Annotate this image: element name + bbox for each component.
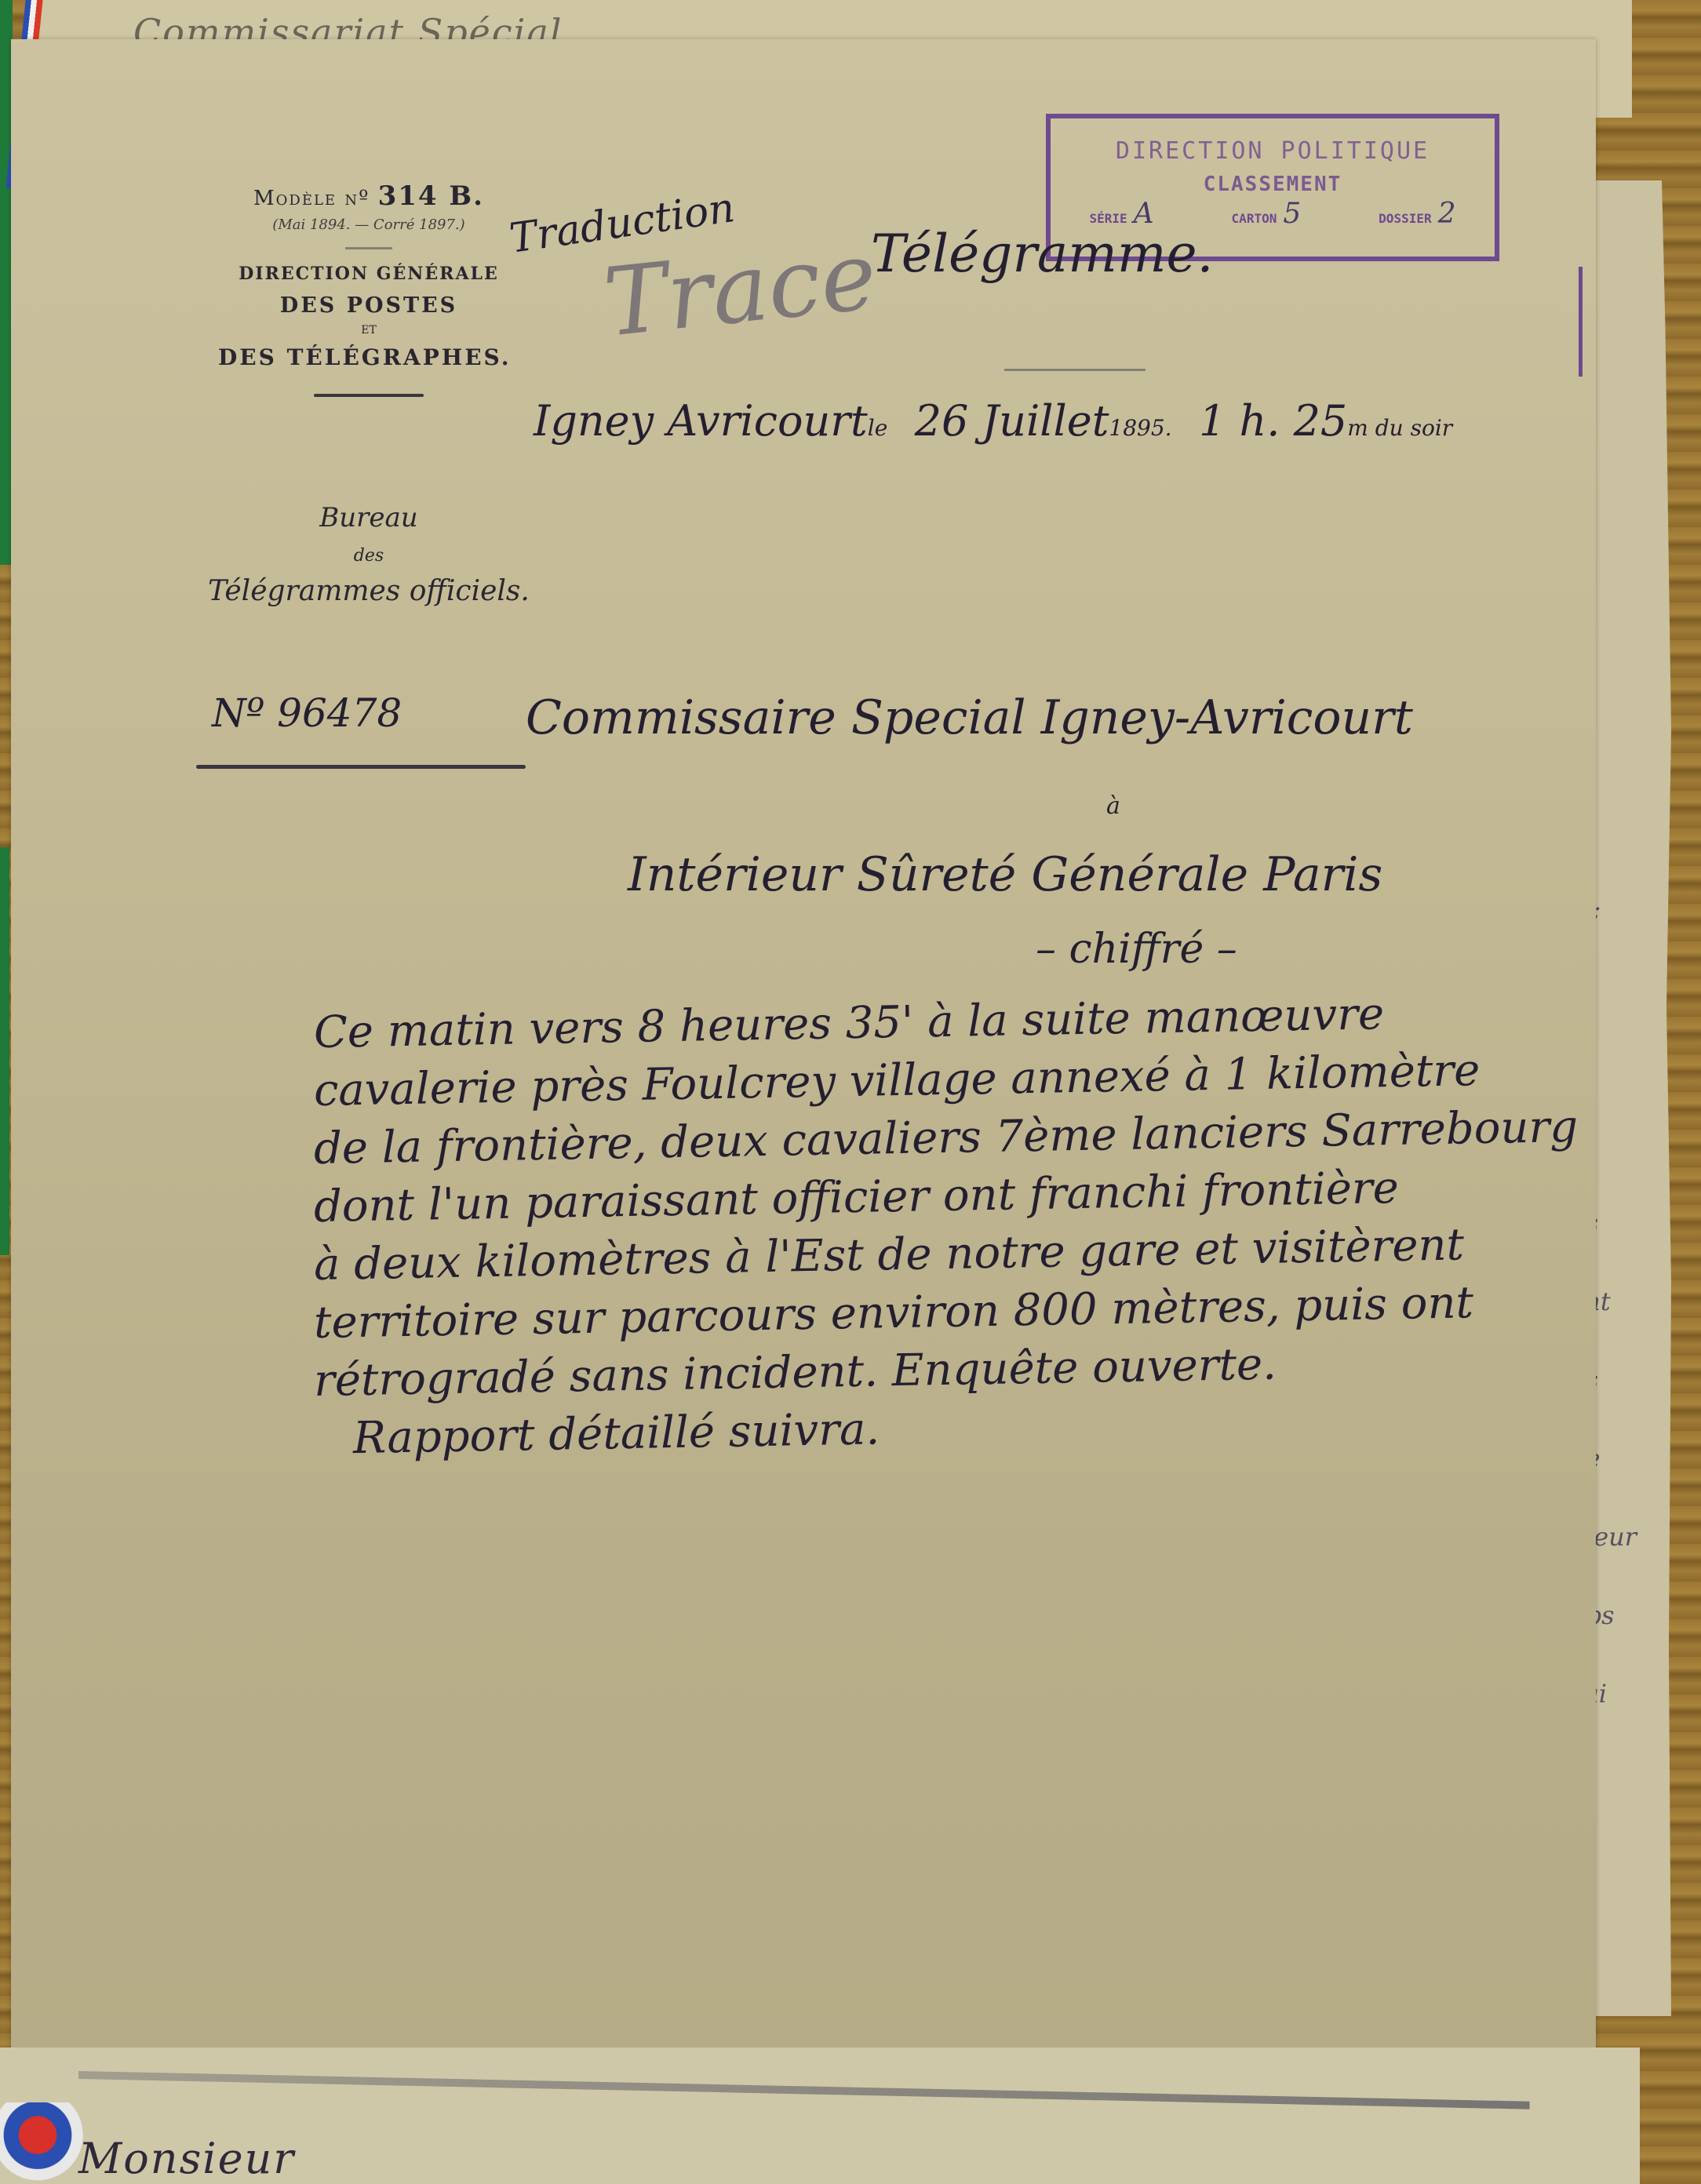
chiffre-label: – chiffré – [1036,926,1237,973]
number-underline [196,765,526,769]
sender: Commissaire Special Igney-Avricourt [526,690,1413,745]
origin-date: 26 Juillet [915,396,1109,446]
header-rule [345,247,392,249]
header-rule-lower [314,394,424,397]
modele-number: 314 B. [378,180,484,212]
bottom-sheet-word: Monsieur [78,2134,295,2183]
telegram-title: Télégramme. [871,224,1213,284]
bureau-line1: Bureau [204,502,534,533]
a-label: à [1106,792,1120,820]
telegram-number: Nº 96478 [212,690,402,736]
stamp-direction-politique: DIRECTION POLITIQUE [1051,137,1495,165]
modele-label: Modèle nº [253,187,370,210]
stamp-margin-line [1579,267,1583,377]
et-label: ET [204,324,534,337]
direction-generale: DIRECTION GÉNÉRALE [204,264,534,284]
origin-year: 1895. [1109,415,1171,441]
origin-place: Igney Avricourt [534,396,868,446]
bureau-block: Bureau des Télégrammes officiels. [204,502,534,607]
des-telegraphes: DES TÉLÉGRAPHES. [218,344,534,370]
bureau-line3: Télégrammes officiels. [204,575,534,607]
modele-line: Modèle nº 314 B. [204,180,534,212]
stamp-classement: CLASSEMENT [1051,173,1495,196]
origin-line: Igney Avricourtle 26 Juillet1895. 1 h. 2… [534,396,1452,446]
carton-value: 5 [1283,198,1301,230]
modele-date: (Mai 1894. — Corré 1897.) [204,217,534,233]
dossier-value: 2 [1438,198,1456,230]
printed-header: Modèle nº 314 B. (Mai 1894. — Corré 1897… [204,180,534,397]
stamp-dossier: DOSSIER2 [1379,198,1455,230]
telegram-body: Ce matin vers 8 heures 35' à la suite ma… [314,1004,1578,1469]
recipient: Intérieur Sûreté Générale Paris [628,847,1382,902]
green-ribbon-lower [0,847,9,1255]
des-postes: DES POSTES [204,293,534,318]
title-rule [1004,369,1146,371]
stamp-carton: CARTON5 [1232,198,1302,230]
bureau-line2: des [204,546,534,566]
origin-time: 1 h. 25 [1199,396,1347,446]
